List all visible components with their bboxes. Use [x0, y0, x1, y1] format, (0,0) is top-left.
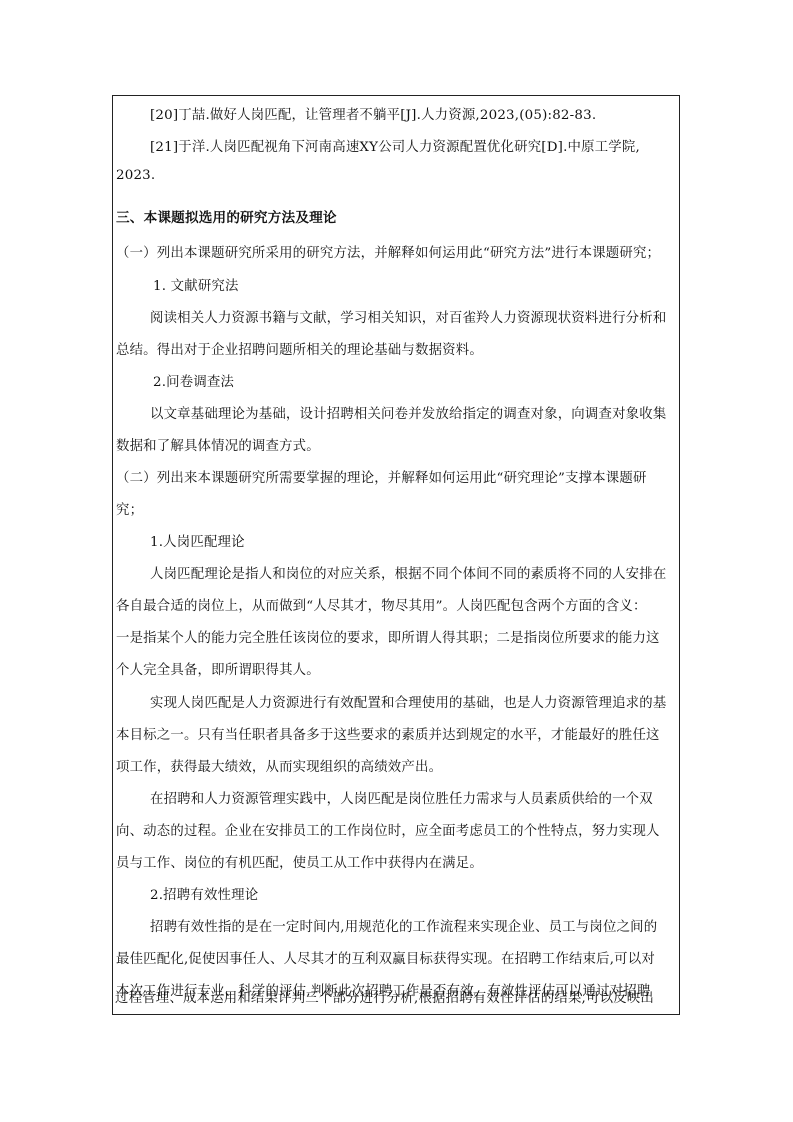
part1-prompt: （一）列出本课题研究所采用的研究方法，并解释如何运用此“研究方法”进行本课题研究…: [116, 242, 660, 261]
theory1-para2-line: 本目标之一。只有当任职者具备多于这些要求的素质并达到规定的水平，才能最好的胜任这: [116, 724, 660, 743]
theory1-para1-line: 一是指某个人的能力完全胜任该岗位的要求，即所谓人得其职；二是指岗位所要求的能力这: [116, 627, 660, 646]
theory1-para1-line: 个人完全具备，即所谓职得其人。: [116, 659, 320, 678]
part2-prompt-cont: 究；: [116, 499, 143, 518]
reference-21: [21]于洋.人岗匹配视角下河南高速XY公司人力资源配置优化研究[D].中原工学…: [150, 136, 640, 155]
method1-line: 阅读相关人力资源书籍与文献，学习相关知识，对百雀羚人力资源现状资料进行分析和: [150, 307, 666, 326]
method2-title: 2.问卷调查法: [153, 371, 234, 390]
theory1-para1-line: 人岗匹配理论是指人和岗位的对应关系，根据不同个体间不同的素质将不同的人安排在: [150, 563, 666, 582]
theory1-para2-line: 实现人岗匹配是人力资源进行有效配置和合理使用的基础，也是人力资源管理追求的基: [150, 692, 666, 711]
document-table-cell: [20]丁喆.做好人岗匹配，让管理者不躺平[J].人力资源,2023,(05):…: [112, 95, 680, 1015]
theory1-title: 1.人岗匹配理论: [150, 531, 245, 550]
part2-prompt: （二）列出来本课题研究所需要掌握的理论，并解释如何运用此“研究理论”支撑本课题研: [116, 467, 647, 486]
theory2-para1-line: 招聘有效性指的是在一定时间内,用规范化的工作流程来实现企业、员工与岗位之间的: [150, 916, 657, 935]
method1-line: 总结。得出对于企业招聘问题所相关的理论基础与数据资料。: [116, 339, 483, 358]
theory1-para3-line: 员与工作、岗位的有机匹配，使员工从工作中获得内在满足。: [116, 852, 483, 871]
theory2-para1-line: 最佳匹配化,促使因事任人、人尽其才的互利双赢目标获得实现。在招聘工作结束后,可以…: [116, 948, 655, 967]
method2-line: 以文章基础理论为基础，设计招聘相关问卷并发放给指定的调查对象，向调查对象收集: [150, 403, 666, 422]
reference-20: [20]丁喆.做好人岗匹配，让管理者不躺平[J].人力资源,2023,(05):…: [150, 104, 596, 123]
method2-line: 数据和了解具体情况的调查方式。: [116, 435, 320, 454]
reference-21-cont: 2023.: [116, 168, 155, 183]
theory1-para3-line: 向、动态的过程。企业在安排员工的工作岗位时，应全面考虑员工的个性特点，努力实现人: [116, 820, 660, 839]
method1-title: 1. 文献研究法: [153, 275, 239, 294]
theory1-para3-line: 在招聘和人力资源管理实践中，人岗匹配是岗位胜任力需求与人员素质供给的一个双: [150, 788, 653, 807]
section-heading: 三、本课题拟选用的研究方法及理论: [116, 206, 337, 226]
theory2-para1-line: 过程管理、成本运用和结果评判三个部分进行分析,根据招聘有效性评估的结果,可以反映…: [115, 987, 654, 1006]
theory1-para1-line: 各自最合适的岗位上，从而做到“人尽其才，物尽其用”。人岗匹配包含两个方面的含义：: [116, 595, 647, 614]
theory1-para2-line: 项工作，获得最大绩效，从而实现组织的高绩效产出。: [116, 756, 442, 775]
theory2-title: 2.招聘有效性理论: [150, 884, 258, 903]
